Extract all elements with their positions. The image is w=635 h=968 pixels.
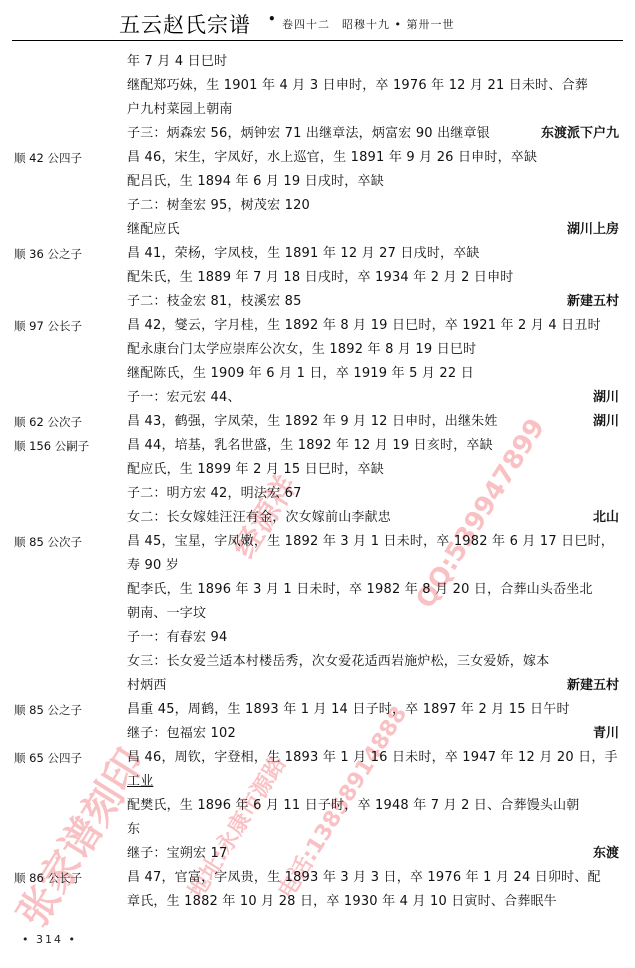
entry-row: 工业 bbox=[0, 770, 635, 794]
location-label: 湖川上房 bbox=[567, 218, 619, 242]
entry-row: 子一：有春宏 94 bbox=[0, 626, 635, 650]
entry-row: 章氏，生 1882 年 10 月 28 日，卒 1930 年 4 月 10 日寅… bbox=[0, 890, 635, 914]
entry-row: 朝南、一字坟 bbox=[0, 602, 635, 626]
lineage-label: 顺 85 公次子 bbox=[14, 530, 82, 554]
entry-row: 子三：炳森宏 56，炳钟宏 71 出继章法，炳富宏 90 出继章银东渡派下户九 bbox=[0, 122, 635, 146]
entry-row: 配吕氏，生 1894 年 6 月 19 日戌时，卒缺 bbox=[0, 170, 635, 194]
entry-row: 顺 156 公嗣子昌 44，培基，乳名世盛，生 1892 年 12 月 19 日… bbox=[0, 434, 635, 458]
entry-text: 朝南、一字坟 bbox=[127, 602, 206, 626]
entry-row: 子二：明方宏 42，明法宏 67 bbox=[0, 482, 635, 506]
entry-text: 配樊氏，生 1896 年 6 月 11 日子时，卒 1948 年 7 月 2 日… bbox=[127, 794, 580, 818]
entry-text: 昌重 45，周鹤，生 1893 年 1 月 14 日子时，卒 1897 年 2 … bbox=[127, 698, 570, 722]
entry-text: 女三：长女爱兰适本村楼岳秀，次女爱花适西岩施炉松，三女爱娇，嫁本 bbox=[127, 650, 549, 674]
entry-text: 子一：宏元宏 44、 bbox=[127, 386, 241, 410]
entry-text: 子三：炳森宏 56，炳钟宏 71 出继章法，炳富宏 90 出继章银 bbox=[127, 122, 490, 146]
entry-row: 顺 65 公四子昌 46，周钦，字登相，生 1893 年 1 月 16 日未时，… bbox=[0, 746, 635, 770]
lineage-label: 顺 62 公次子 bbox=[14, 410, 82, 434]
page-number: • 314 • bbox=[22, 933, 77, 946]
entry-row: 顺 97 公长子昌 42，燮云，字月桂，生 1892 年 8 月 19 日巳时，… bbox=[0, 314, 635, 338]
entry-row: 顺 85 公次子昌 45，宝星，字凤嫩，生 1892 年 3 月 1 日未时，卒… bbox=[0, 530, 635, 554]
header-rule bbox=[12, 40, 623, 41]
entry-text: 昌 43，鹤强，字凤荣，生 1892 年 9 月 12 日申时，出继朱姓 bbox=[127, 410, 498, 434]
entry-text: 工业 bbox=[127, 770, 153, 794]
lineage-label: 顺 156 公嗣子 bbox=[14, 434, 89, 458]
entry-text: 配应氏，生 1899 年 2 月 15 日巳时，卒缺 bbox=[127, 458, 384, 482]
title-separator-dot: • bbox=[268, 12, 276, 26]
entry-text: 子一：有春宏 94 bbox=[127, 626, 227, 650]
location-label: 湖川 bbox=[593, 386, 619, 410]
entry-row: 继配应氏湖川上房 bbox=[0, 218, 635, 242]
entry-row: 顺 85 公之子昌重 45，周鹤，生 1893 年 1 月 14 日子时，卒 1… bbox=[0, 698, 635, 722]
location-label: 北山 bbox=[593, 506, 619, 530]
entry-text: 昌 41，荣杨，字凤枝，生 1891 年 12 月 27 日戌时，卒缺 bbox=[127, 242, 480, 266]
lineage-label: 顺 36 公之子 bbox=[14, 242, 82, 266]
book-title: 五云赵氏宗谱 bbox=[119, 9, 251, 39]
entry-text: 寿 90 岁 bbox=[127, 554, 179, 578]
entry-text: 继配应氏 bbox=[127, 218, 180, 242]
entry-text: 昌 44，培基，乳名世盛，生 1892 年 12 月 19 日亥时，卒缺 bbox=[127, 434, 493, 458]
entry-text: 继配陈氏，生 1909 年 6 月 1 日，卒 1919 年 5 月 22 日 bbox=[127, 362, 474, 386]
entry-row: 年 7 月 4 日巳时 bbox=[0, 50, 635, 74]
entry-text: 子二：明方宏 42，明法宏 67 bbox=[127, 482, 302, 506]
entry-row: 寿 90 岁 bbox=[0, 554, 635, 578]
entry-text: 户九村菜园上朝南 bbox=[127, 98, 233, 122]
entry-text: 子二：树奎宏 95，树茂宏 120 bbox=[127, 194, 310, 218]
entry-text: 昌 46，宋生，字凤好，水上巡官，生 1891 年 9 月 26 日申时，卒缺 bbox=[127, 146, 537, 170]
entry-row: 户九村菜园上朝南 bbox=[0, 98, 635, 122]
entry-text: 继子：包福宏 102 bbox=[127, 722, 236, 746]
entry-row: 女三：长女爱兰适本村楼岳秀，次女爱花适西岩施炉松，三女爱娇，嫁本 bbox=[0, 650, 635, 674]
entry-text: 昌 47，官富，字凤贵，生 1893 年 3 月 3 日，卒 1976 年 1 … bbox=[127, 866, 601, 890]
location-label: 新建五村 bbox=[567, 674, 619, 698]
entry-row: 继配郑巧妹，生 1901 年 4 月 3 日申时，卒 1976 年 12 月 2… bbox=[0, 74, 635, 98]
location-label: 湖川 bbox=[593, 410, 619, 434]
volume-subtitle: 卷四十二 昭穆十九 • 第卅一世 bbox=[282, 16, 454, 32]
entry-row: 顺 42 公四子昌 46，宋生，字凤好，水上巡官，生 1891 年 9 月 26… bbox=[0, 146, 635, 170]
entry-text: 昌 45，宝星，字凤嫩，生 1892 年 3 月 1 日未时，卒 1982 年 … bbox=[127, 530, 614, 554]
entry-row: 子二：枝金宏 81，枝溪宏 85新建五村 bbox=[0, 290, 635, 314]
entry-row: 继配陈氏，生 1909 年 6 月 1 日，卒 1919 年 5 月 22 日 bbox=[0, 362, 635, 386]
entry-text: 东 bbox=[127, 818, 140, 842]
entry-text: 配吕氏，生 1894 年 6 月 19 日戌时，卒缺 bbox=[127, 170, 384, 194]
entry-row: 配朱氏，生 1889 年 7 月 18 日戌时，卒 1934 年 2 月 2 日… bbox=[0, 266, 635, 290]
entry-text: 村炳西 bbox=[127, 674, 167, 698]
entry-text: 昌 46，周钦，字登相，生 1893 年 1 月 16 日未时，卒 1947 年… bbox=[127, 746, 618, 770]
entry-row: 顺 62 公次子昌 43，鹤强，字凤荣，生 1892 年 9 月 12 日申时，… bbox=[0, 410, 635, 434]
entry-row: 顺 86 公长子昌 47，官富，字凤贵，生 1893 年 3 月 3 日，卒 1… bbox=[0, 866, 635, 890]
page-header: 五云赵氏宗谱 • 卷四十二 昭穆十九 • 第卅一世 bbox=[0, 0, 635, 42]
entry-text: 子二：枝金宏 81，枝溪宏 85 bbox=[127, 290, 302, 314]
lineage-label: 顺 65 公四子 bbox=[14, 746, 82, 770]
entry-row: 女二：长女嫁娃汪汪有金，次女嫁前山李献忠北山 bbox=[0, 506, 635, 530]
entry-text: 配永康台门太学应崇库公次女，生 1892 年 8 月 19 日巳时 bbox=[127, 338, 476, 362]
entry-text: 章氏，生 1882 年 10 月 28 日，卒 1930 年 4 月 10 日寅… bbox=[127, 890, 557, 914]
entry-row: 配樊氏，生 1896 年 6 月 11 日子时，卒 1948 年 7 月 2 日… bbox=[0, 794, 635, 818]
location-label: 青川 bbox=[593, 722, 619, 746]
entry-row: 东 bbox=[0, 818, 635, 842]
entry-row: 顺 36 公之子昌 41，荣杨，字凤枝，生 1891 年 12 月 27 日戌时… bbox=[0, 242, 635, 266]
entry-row: 配李氏，生 1896 年 3 月 1 日未时，卒 1982 年 8 月 20 日… bbox=[0, 578, 635, 602]
entry-text: 配朱氏，生 1889 年 7 月 18 日戌时，卒 1934 年 2 月 2 日… bbox=[127, 266, 514, 290]
entry-row: 配永康台门太学应崇库公次女，生 1892 年 8 月 19 日巳时 bbox=[0, 338, 635, 362]
location-label: 东渡 bbox=[593, 842, 619, 866]
location-label: 新建五村 bbox=[567, 290, 619, 314]
lineage-label: 顺 97 公长子 bbox=[14, 314, 82, 338]
location-label: 东渡派下户九 bbox=[541, 122, 619, 146]
entry-row: 村炳西新建五村 bbox=[0, 674, 635, 698]
entry-text: 昌 42，燮云，字月桂，生 1892 年 8 月 19 日巳时，卒 1921 年… bbox=[127, 314, 601, 338]
entry-text: 年 7 月 4 日巳时 bbox=[127, 50, 227, 74]
entry-text: 继配郑巧妹，生 1901 年 4 月 3 日申时，卒 1976 年 12 月 2… bbox=[127, 74, 588, 98]
lineage-label: 顺 42 公四子 bbox=[14, 146, 82, 170]
entry-row: 继子：包福宏 102青川 bbox=[0, 722, 635, 746]
lineage-label: 顺 86 公长子 bbox=[14, 866, 82, 890]
entry-row: 继子：宝朔宏 17东渡 bbox=[0, 842, 635, 866]
entry-text: 继子：宝朔宏 17 bbox=[127, 842, 227, 866]
lineage-label: 顺 85 公之子 bbox=[14, 698, 82, 722]
entry-text: 女二：长女嫁娃汪汪有金，次女嫁前山李献忠 bbox=[127, 506, 391, 530]
entry-row: 子一：宏元宏 44、湖川 bbox=[0, 386, 635, 410]
entry-row: 配应氏，生 1899 年 2 月 15 日巳时，卒缺 bbox=[0, 458, 635, 482]
entry-row: 子二：树奎宏 95，树茂宏 120 bbox=[0, 194, 635, 218]
genealogy-entries: 年 7 月 4 日巳时 继配郑巧妹，生 1901 年 4 月 3 日申时，卒 1… bbox=[0, 50, 635, 914]
entry-text: 配李氏，生 1896 年 3 月 1 日未时，卒 1982 年 8 月 20 日… bbox=[127, 578, 593, 602]
